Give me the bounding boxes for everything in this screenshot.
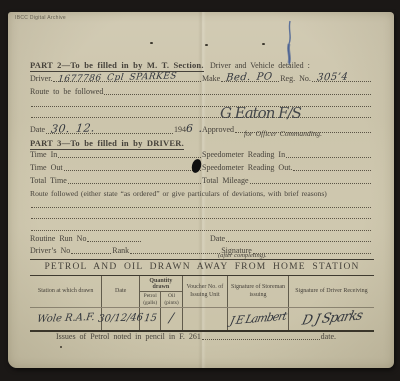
route-label: Route to be followed <box>30 87 103 96</box>
routine-date-field <box>226 234 371 242</box>
col-storeman-signature: Signature of Storeman issuing <box>228 276 289 307</box>
reg-field: 305’4 <box>312 74 371 82</box>
year-handwritten-value: 6 . <box>186 122 202 135</box>
time-in-label: Time In <box>30 150 57 159</box>
rank-label: Rank <box>112 246 129 255</box>
archive-watermark: IBCC Digital Archive <box>15 15 66 21</box>
footer-date-label: date. <box>321 332 336 341</box>
approved-label: Approved <box>202 125 234 134</box>
dotted-line <box>31 99 371 107</box>
date-field: 30. 12. <box>46 126 173 134</box>
approving-officer-signature: G Eaton F/S <box>220 104 301 123</box>
paper-speck <box>60 346 62 348</box>
date-label: Date <box>30 125 45 134</box>
petrol-table-data-row: Wole R.A.F. 30/12/46 15 / J E Lambert D … <box>30 308 374 332</box>
part3-heading-row: PART 3—To be filled in by DRIVER. <box>30 138 372 150</box>
station-entry: Wole R.A.F. <box>36 312 95 327</box>
year-prefix: 194 <box>174 125 186 134</box>
make-label: Make <box>202 74 220 83</box>
route-continuation-line <box>30 99 372 108</box>
total-mileage-label: Total Mileage <box>202 176 249 185</box>
routine-run-row: Routine Run No Date <box>30 234 372 243</box>
col-driver-signature: Signature of Driver Receiving <box>289 276 374 307</box>
part2-heading: PART 2—To be filled in by M. T. Section. <box>30 60 204 72</box>
part3-heading: PART 3—To be filled in by DRIVER. <box>30 138 184 150</box>
col-station: Station at which drawn <box>30 276 102 307</box>
col-quantity: Quantity drawn Petrol (galls) Oil (pints… <box>140 276 183 307</box>
driver-handwritten-value: 1677786 Cpl SPARKES <box>58 71 178 84</box>
date-handwritten-value: 30. 12. <box>50 121 95 135</box>
driver-no-rank-signature-row: Driver’s No Rank Signature <box>30 246 372 255</box>
quantity-drawn-label: Quantity drawn <box>140 276 182 292</box>
time-out-field <box>64 163 201 171</box>
speedo-in-label: Speedometer Reading In <box>202 150 285 159</box>
rank-field <box>130 246 220 254</box>
for-officer-commanding-note: for Officer Commanding. <box>244 129 322 138</box>
footer-date-field <box>202 332 320 340</box>
make-field: Bed. PO <box>221 74 279 82</box>
routine-run-label: Routine Run No <box>30 234 86 243</box>
petrol-entry: 15 <box>143 313 157 326</box>
col-date: Date <box>102 276 140 307</box>
blank-dotted-line <box>30 200 372 209</box>
route-continuation-line <box>30 110 372 119</box>
speedo-in-field <box>286 150 371 158</box>
driver-signature-entry: D J Sparks <box>300 308 363 330</box>
footer-row: Issues of Petrol noted in pencil in F. 2… <box>56 332 336 341</box>
dotted-line <box>31 200 371 208</box>
route-field <box>104 87 371 95</box>
petrol-table-header: Station at which drawn Date Quantity dra… <box>30 276 374 308</box>
footer-label: Issues of Petrol noted in pencil in F. 2… <box>56 332 201 341</box>
time-in-row: Time In Speedometer Reading In <box>30 150 372 159</box>
scanned-document-page: IBCC Digital Archive PART 2—To be filled… <box>0 0 400 381</box>
total-time-field <box>68 176 201 184</box>
route-row: Route to be followed <box>30 87 372 96</box>
vehicle-detail-heading: Driver and Vehicle detailed : <box>210 61 310 70</box>
dotted-line <box>31 110 371 118</box>
speedo-out-field <box>293 163 371 171</box>
col-voucher: Voucher No. of Issuing Unit <box>183 276 228 307</box>
drivers-no-label: Driver’s No <box>30 246 70 255</box>
blank-dotted-line <box>30 211 372 220</box>
total-time-label: Total Time <box>30 176 67 185</box>
routine-date-label: Date <box>210 234 225 243</box>
petrol-oil-table: PETROL AND OIL DRAWN AWAY FROM HOME STAT… <box>30 259 374 332</box>
speedo-out-label: Speedometer Reading Out. <box>202 163 292 172</box>
part2-heading-row: PART 2—To be filled in by M. T. Section.… <box>30 60 372 72</box>
date-entry: 30/12/46 <box>97 312 144 326</box>
time-in-field <box>58 150 201 158</box>
col-petrol: Petrol (galls) <box>140 292 161 307</box>
driver-label: Driver. <box>30 74 52 83</box>
after-completing-note: (after completing). <box>218 252 267 259</box>
oil-entry: / <box>168 311 175 327</box>
paper-speck <box>205 44 208 46</box>
signature-field <box>253 246 371 254</box>
petrol-table-title: PETROL AND OIL DRAWN AWAY FROM HOME STAT… <box>30 259 374 276</box>
voucher-entry <box>183 308 228 330</box>
paper-speck <box>262 43 265 45</box>
blank-dotted-line <box>30 223 372 232</box>
storeman-signature-entry: J E Lambert <box>229 310 288 329</box>
time-out-label: Time Out <box>30 163 63 172</box>
total-time-row: Total Time Total Mileage <box>30 176 372 185</box>
routine-run-field <box>87 234 141 242</box>
col-oil: Oil (pints) <box>161 292 181 307</box>
make-handwritten-value: Bed. PO <box>226 71 274 83</box>
route-followed-note: Route followed (either state “as ordered… <box>30 189 372 198</box>
driver-vehicle-row: Driver. 1677786 Cpl SPARKES Make Bed. PO… <box>30 74 372 83</box>
drivers-no-field <box>71 246 111 254</box>
reg-label: Reg. No. <box>280 74 311 83</box>
dotted-line <box>31 211 371 219</box>
dotted-line <box>31 223 371 231</box>
paper-speck <box>150 42 153 44</box>
reg-handwritten-value: 305’4 <box>316 72 348 84</box>
total-mileage-field <box>250 176 371 184</box>
form-paper: IBCC Digital Archive PART 2—To be filled… <box>8 12 394 368</box>
driver-field: 1677786 Cpl SPARKES <box>53 74 201 82</box>
